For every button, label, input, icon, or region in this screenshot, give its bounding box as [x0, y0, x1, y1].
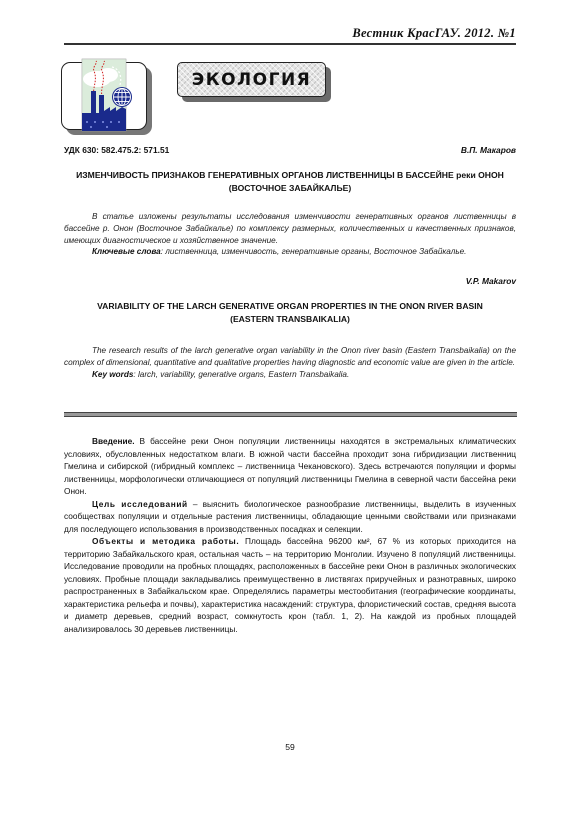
keywords-ru-label: Ключевые слова — [92, 247, 161, 256]
abstract-ru-text: В статье изложены результаты исследовани… — [64, 211, 516, 246]
methods-text: Площадь бассейна 96200 км², 67 % из кото… — [64, 536, 516, 634]
section-logo — [61, 62, 147, 130]
title-en-line-1: VARIABILITY OF THE LARCH GENERATIVE ORGA… — [64, 300, 516, 313]
udk-code: УДК 630: 582.475.2: 571.51 — [64, 145, 169, 155]
section-separator — [64, 412, 517, 417]
keywords-en-label: Key words — [92, 370, 133, 379]
journal-header: Вестник КрасГАУ. 2012. №1 — [64, 24, 516, 46]
header-rule — [64, 43, 516, 45]
goal-label: Цель исследований — [92, 499, 188, 509]
abstract-ru: В статье изложены результаты исследовани… — [64, 211, 516, 258]
paragraph-introduction: Введение. В бассейне реки Онон популяции… — [64, 435, 516, 498]
methods-label: Объекты и методика работы. — [92, 536, 239, 546]
abstract-en-text: The research results of the larch genera… — [64, 345, 516, 369]
section-banner: ЭКОЛОГИЯ — [177, 62, 326, 97]
keywords-ru: Ключевые слова: лиственница, изменчивост… — [64, 246, 516, 258]
keywords-ru-text: : лиственница, изменчивость, генеративны… — [161, 247, 467, 256]
title-ru-line-2: (ВОСТОЧНОЕ ЗАБАЙКАЛЬЕ) — [64, 182, 516, 195]
article-title-en: VARIABILITY OF THE LARCH GENERATIVE ORGA… — [64, 300, 516, 326]
section-banner-label: ЭКОЛОГИЯ — [192, 70, 312, 90]
article-body: Введение. В бассейне реки Онон популяции… — [64, 435, 516, 635]
author-ru: В.П. Макаров — [461, 145, 516, 155]
paragraph-methods: Объекты и методика работы. Площадь бассе… — [64, 535, 516, 635]
article-title-ru: ИЗМЕНЧИВОСТЬ ПРИЗНАКОВ ГЕНЕРАТИВНЫХ ОРГА… — [64, 169, 516, 195]
keywords-en: Key words: larch, variability, generativ… — [64, 369, 516, 381]
title-en-line-2: (EASTERN TRANSBAIKALIA) — [64, 313, 516, 326]
paragraph-goal: Цель исследований – выяснить биологическ… — [64, 498, 516, 536]
page-number: 59 — [0, 742, 580, 752]
journal-running-title: Вестник КрасГАУ. 2012. №1 — [352, 26, 516, 41]
keywords-en-text: : larch, variability, generative organs,… — [133, 370, 349, 379]
factory-globe-icon — [80, 57, 134, 133]
author-en: V.P. Makarov — [466, 276, 516, 286]
title-ru-line-1: ИЗМЕНЧИВОСТЬ ПРИЗНАКОВ ГЕНЕРАТИВНЫХ ОРГА… — [64, 169, 516, 182]
introduction-label: Введение. — [92, 436, 135, 446]
abstract-en: The research results of the larch genera… — [64, 345, 516, 380]
